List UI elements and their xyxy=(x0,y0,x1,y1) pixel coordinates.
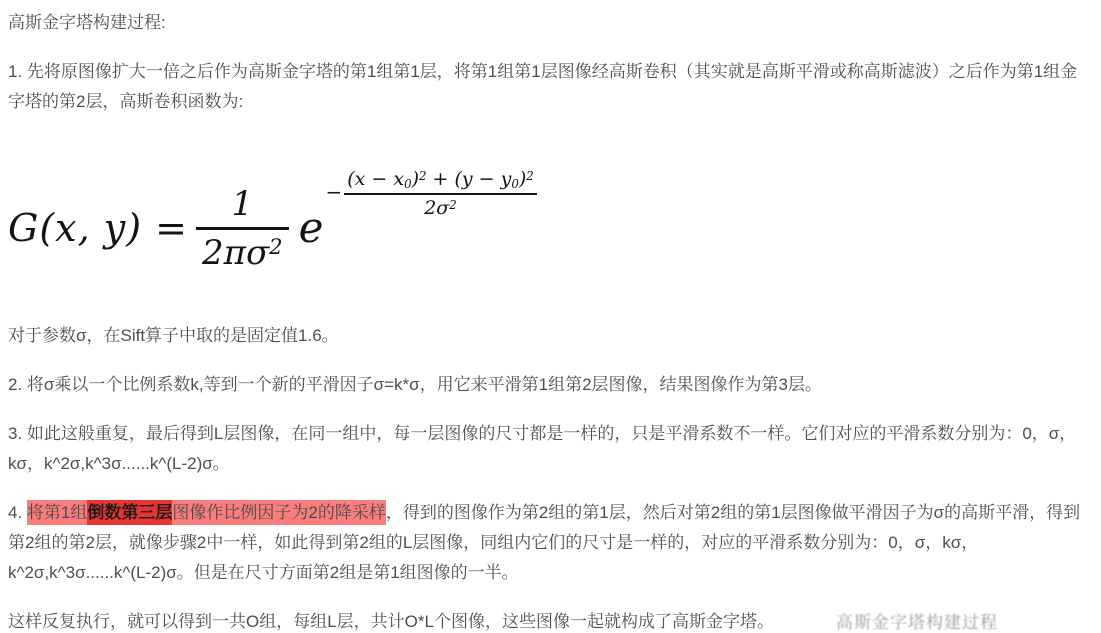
paragraph-3: 3. 如此这般重复，最后得到L层图像，在同一组中，每一层图像的尺寸都是一样的，只… xyxy=(8,419,1091,479)
exponent-denominator: 2σ2 xyxy=(421,195,460,218)
highlight-dark-segment: 倒数第三层 xyxy=(87,500,172,525)
gaussian-formula: G(x, y) = 1 2πσ2 e − (x − x0)2 + (y − y0… xyxy=(8,187,537,270)
den-exponent: 2 xyxy=(269,234,282,259)
watermark-overlay: 高斯金字塔构建过程 xyxy=(836,608,998,633)
paragraph-5-text: 这样反复执行，就可以得到一共O组，每组L层，共计O*L个图像，这些图像一起就构成… xyxy=(8,612,774,631)
article-page: { "article": { "title": "高斯金字塔构建过程:", "p… xyxy=(0,0,1101,633)
sigma-note: 对于参数σ，在Sift算子中取的是固定值1.6。 xyxy=(8,321,1091,351)
paragraph-5: 这样反复执行，就可以得到一共O组，每组L层，共计O*L个图像，这些图像一起就构成… xyxy=(8,607,1091,633)
paragraph-4-prefix: 4. xyxy=(8,503,27,522)
fraction-numerator: 1 xyxy=(227,187,257,227)
fraction-denominator: 2πσ2 xyxy=(196,230,289,270)
highlight-light-segment-1: 将第1组 xyxy=(27,500,87,525)
paragraph-4: 4. 将第1组倒数第三层图像作比例因子为2的降采样，得到的图像作为第2组的第1层… xyxy=(8,498,1091,588)
formula-e: e xyxy=(299,207,324,249)
page-title: 高斯金字塔构建过程: xyxy=(8,8,1091,38)
exponent-fraction: (x − x0)2 + (y − y0)2 2σ2 xyxy=(344,170,537,218)
formula-main-fraction: 1 2πσ2 xyxy=(196,187,289,270)
exponent-minus: − xyxy=(325,182,342,202)
highlight-light-segment-2: 图像作比例因子为2的降采样 xyxy=(172,500,385,525)
paragraph-2: 2. 将σ乘以一个比例系数k,等到一个新的平滑因子σ=k*σ，用它来平滑第1组第… xyxy=(8,370,1091,400)
formula-lhs: G(x, y) = xyxy=(8,209,188,247)
den-base: 2πσ xyxy=(202,233,269,273)
formula-exponent: − (x − x0)2 + (y − y0)2 2σ2 xyxy=(325,170,536,218)
exponent-numerator: (x − x0)2 + (y − y0)2 xyxy=(344,170,537,193)
gaussian-formula-block: G(x, y) = 1 2πσ2 e − (x − x0)2 + (y − y0… xyxy=(8,163,1091,293)
paragraph-1: 1. 先将原图像扩大一倍之后作为高斯金字塔的第1组第1层，将第1组第1层图像经高… xyxy=(8,57,1091,117)
